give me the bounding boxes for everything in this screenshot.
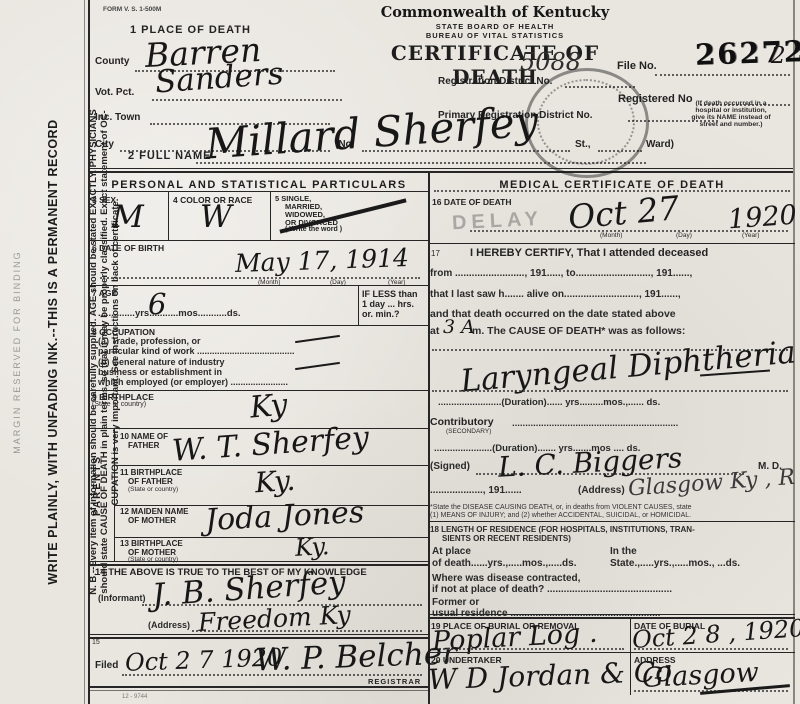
left-border — [88, 0, 90, 704]
bureau-line: BUREAU OF VITAL STATISTICS — [360, 31, 630, 40]
parents-label-text: PARENTS — [92, 455, 103, 516]
informant-top-line-1 — [88, 561, 428, 562]
informant-address-label: (Address) — [148, 620, 190, 630]
header-divider — [88, 171, 795, 173]
left-bottom-line-1 — [88, 686, 428, 688]
round-stamp-inner — [537, 79, 635, 165]
hospital-note-line4: street and number.) — [666, 121, 796, 128]
birthplace-handwriting: Ky — [249, 390, 289, 423]
burial-place-handwriting: Poplar Log . — [431, 620, 598, 656]
commonwealth-title: Commonwealth of Kentucky — [360, 4, 630, 21]
personal-title-underline — [88, 191, 428, 192]
vot-pct-handwriting: Sanders — [154, 59, 284, 99]
contracted-line1: Where was disease contracted, — [432, 573, 580, 584]
filed-label: Filed — [95, 660, 118, 671]
cause-footnote-line1: *State the DISEASE CAUSING DEATH, or, in… — [430, 504, 692, 511]
inc-town-label: Inc. Town — [95, 112, 140, 123]
if-less-line2: 1 day ... hrs. — [362, 299, 414, 309]
column-divider — [428, 171, 430, 704]
color-cell-divider — [270, 192, 271, 240]
signed-date-line: ..................., 191...... — [430, 485, 522, 496]
full-name-label: 2 FULL NAME — [128, 150, 212, 162]
left-bottom-line-2 — [88, 690, 428, 691]
personal-title-text: PERSONAL AND STATISTICAL PARTICULARS — [111, 179, 406, 191]
dob-day-sub: (Day) — [330, 279, 346, 286]
undertaker-top-line — [428, 652, 795, 653]
vot-pct-label: Vot. Pct. — [95, 87, 134, 98]
form-number: FORM V. S. 1-500M — [103, 6, 161, 13]
row-line-240 — [88, 240, 428, 241]
at-place-label: At place — [432, 546, 471, 557]
dob-year-sub: (Year) — [388, 279, 405, 286]
certify-line1: I HEREBY CERTIFY, That I attended deceas… — [470, 247, 708, 259]
certify-time-handwriting: 3 A — [443, 318, 475, 337]
mother-name-handwriting: Joda Jones — [204, 498, 365, 536]
mother-name-label-2: OF MOTHER — [128, 516, 176, 525]
contributory-dots: ........................................… — [512, 418, 678, 429]
full-name-handwriting: Millard Sherfey — [204, 100, 540, 165]
mother-name-label-1: 12 MAIDEN NAME — [120, 507, 188, 516]
certify-item-number: 17 — [431, 249, 440, 258]
dod-year-handwriting: 1920 — [727, 202, 797, 234]
residence-title-line1: 18 LENGTH OF RESIDENCE (FOR HOSPITALS, I… — [430, 525, 695, 534]
occupation-a-line2: particular kind of work ................… — [98, 346, 295, 356]
file-no-dotline — [655, 74, 790, 76]
dod-year-sub: (Year) — [742, 232, 759, 239]
death-certificate-scan: MARGIN RESERVED FOR BINDING WRITE PLAINL… — [0, 0, 800, 704]
state-board-line: STATE BOARD OF HEALTH — [360, 22, 630, 31]
header-divider-thin — [88, 168, 795, 169]
father-name-label-2: FATHER — [128, 441, 159, 450]
occupation-b-line2: business or establishment in — [98, 367, 222, 377]
occupation-b-line1: (b) General nature of industry — [98, 357, 225, 367]
undertaker-address-handwriting: Glasgow — [641, 659, 759, 692]
parents-vertical-label: PARENTS — [92, 455, 112, 545]
cause-dotline-bottom — [432, 390, 788, 392]
filed-top-line-1 — [88, 634, 428, 635]
contributory-label: Contributory — [430, 416, 494, 428]
dob-label: 6 DATE OF BIRTH — [92, 243, 164, 253]
in-state-blanks: State.,.....yrs.,.....mos., ...ds. — [610, 558, 740, 569]
county-label: County — [95, 56, 129, 67]
parents-divider — [114, 428, 115, 562]
contracted-line2: if not at place of death? ..............… — [432, 584, 672, 595]
margin-binding-note: MARGIN RESERVED FOR BINDING — [12, 0, 22, 704]
color-race-handwriting: W — [200, 202, 232, 233]
dob-month-sub: (Month) — [258, 279, 280, 286]
dob-handwriting: May 17, 1914 — [235, 245, 410, 276]
hospital-note-line3: give its NAME instead of — [666, 114, 796, 121]
signed-label: (Signed) — [430, 461, 470, 472]
certify-at-label: at — [430, 325, 439, 337]
certify-line2: from ........................., 191.....… — [430, 268, 692, 279]
ward-label: Ward) — [646, 139, 674, 150]
vot-pct-dotline — [152, 99, 342, 101]
cause-of-death-handwriting: Laryngeal Diphtheria — [459, 337, 797, 397]
occupation-b-line3: which employed (or employer) ...........… — [98, 377, 288, 387]
reg-district-label: Registration District No. — [438, 76, 552, 87]
hospital-note: (If death occurred in a hospital or inst… — [666, 100, 796, 128]
if-less-line3: or. min.? — [362, 309, 400, 319]
cause-footnote-line2: (1) MEANS OF INJURY; and (2) whether ACC… — [430, 512, 691, 519]
date-of-death-label: 16 DATE OF DEATH — [432, 197, 512, 207]
hospital-note-line1: (If death occurred in a — [666, 100, 796, 107]
at-place-blanks: of death......yrs.,.....mos.,.....ds. — [432, 558, 576, 569]
row-line-537 — [114, 537, 428, 538]
row-line-325 — [88, 325, 428, 326]
if-less-line1: IF LESS than — [362, 289, 418, 299]
occupation-b-dash-mark — [295, 362, 340, 370]
father-bp-handwriting: Ky. — [254, 467, 296, 498]
age-label: 7 AGE — [92, 288, 117, 298]
file-no-label: File No. — [617, 60, 657, 72]
occupation-a-dash-mark — [295, 335, 340, 343]
father-bp-label-3: (State or country) — [128, 486, 178, 493]
city-label: City — [95, 139, 114, 150]
mother-bp-handwriting: Ky. — [294, 534, 330, 560]
informant-label: (Informant) — [98, 593, 146, 603]
residence-title-line2: SIENTS OR RECENT RESIDENTS) — [442, 534, 571, 543]
informant-top-line-2 — [88, 564, 428, 566]
row-line-243 — [428, 243, 795, 244]
father-bp-label-2: OF FATHER — [128, 477, 173, 486]
burial-top-line-1 — [428, 614, 795, 615]
medical-title-dotline — [434, 190, 790, 192]
margin-write-plainly-note: WRITE PLAINLY, WITH UNFADING INK.--THIS … — [46, 0, 60, 704]
former-line1: Former or — [432, 597, 479, 608]
occupation-a-line1: (a) Trade, profession, or — [98, 336, 201, 346]
age-subbox-divider — [358, 285, 359, 325]
dod-day-sub: (Day) — [676, 232, 692, 239]
dod-month-sub: (Month) — [600, 232, 622, 239]
informant-address-handwriting: Freedom Ky — [197, 602, 351, 635]
left-border-outer — [84, 0, 85, 704]
footer-code: 12 - 9744 — [122, 694, 147, 700]
duration-primary: ........................(Duration)......… — [438, 397, 660, 408]
row-line-521 — [428, 521, 795, 522]
in-the-label: In the — [610, 546, 637, 557]
filed-number: 15 — [92, 639, 100, 646]
mother-bp-label-1: 13 BIRTHPLACE — [120, 539, 183, 548]
file-no-handwritten-digit: 2 — [771, 45, 786, 68]
sex-handwriting: M — [112, 202, 144, 233]
secondary-sub-label: (SECONDARY) — [446, 428, 491, 435]
sex-cell-divider — [168, 192, 169, 240]
father-bp-label-1: 11 BIRTHPLACE — [120, 468, 182, 477]
dod-handwriting: Oct 27 — [567, 191, 681, 234]
hospital-note-line2: hospital or institution, — [666, 107, 796, 114]
father-name-label-1: 10 NAME OF — [120, 432, 168, 441]
physician-address-label: (Address) — [578, 485, 625, 496]
father-name-handwriting: W. T. Sherfey — [171, 423, 370, 467]
age-units-text: ..............yrs...........mos.........… — [98, 308, 241, 319]
certify-line5: m. The CAUSE OF DEATH* was as follows: — [472, 325, 685, 337]
registrar-label: REGISTRAR — [368, 677, 421, 686]
certify-line3: that I last saw h....... alive on.......… — [430, 289, 681, 300]
birthplace-sub: (State or country) — [92, 401, 146, 408]
